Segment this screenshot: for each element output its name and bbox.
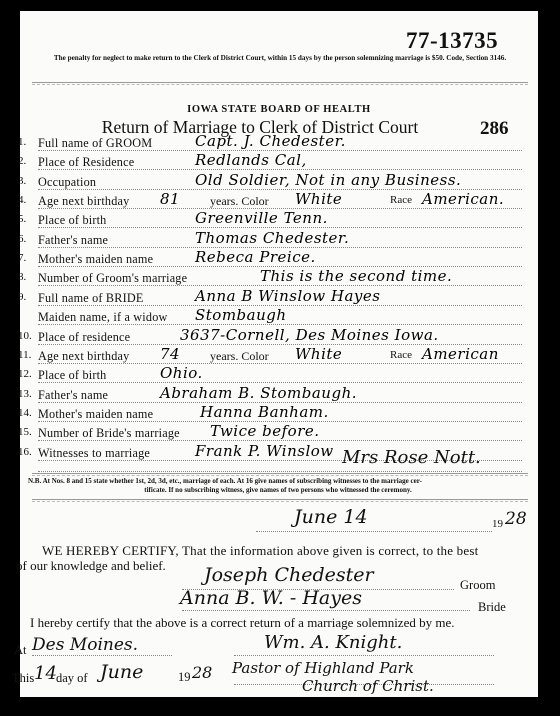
- witness-2-value: Mrs Rose Nott.: [342, 447, 481, 468]
- row-number: 2.: [18, 155, 26, 167]
- field-value: Anna B Winslow Hayes: [195, 287, 380, 305]
- form-row: 9.Full name of BRIDEAnna B Winslow Hayes: [20, 288, 538, 307]
- field-value: Ohio.: [160, 364, 203, 382]
- years-color-label: years. Color: [210, 194, 269, 209]
- field-value: Frank P. Winslow: [195, 442, 334, 460]
- bride-label: Bride: [478, 600, 506, 615]
- form-row: 6.Father's nameThomas Chedester.: [20, 230, 538, 249]
- officiant-signature: Wm. A. Knight.: [264, 632, 402, 653]
- note-line-1: At Nos. 8 and 15 state whether 1st, 2d, …: [43, 477, 422, 485]
- form-row: 15.Number of Bride's marriageTwice befor…: [20, 423, 538, 442]
- row-number: 11.: [18, 349, 31, 361]
- row-number: 3.: [18, 175, 26, 187]
- field-label: Place of residence: [38, 330, 130, 345]
- divider: [32, 473, 528, 476]
- penalty-notice: The penalty for neglect to make return t…: [32, 54, 528, 63]
- board-heading: IOWA STATE BOARD OF HEALTH: [20, 104, 538, 115]
- field-value: 3637-Cornell, Des Moines Iowa.: [180, 326, 439, 344]
- certify-date: June 14: [294, 506, 368, 528]
- date-line: [256, 531, 492, 532]
- field-label: Occupation: [38, 175, 96, 190]
- month-value: June: [100, 661, 143, 683]
- form-row: 1.Full name of GROOMCapt. J. Chedester.: [20, 133, 538, 152]
- form-row: 2.Place of ResidenceRedlands Cal,: [20, 152, 538, 171]
- field-label: Age next birthday: [38, 194, 129, 209]
- officiant-title-1: Pastor of Highland Park: [232, 659, 414, 677]
- row-number: 6.: [18, 233, 26, 245]
- field-value: Thomas Chedester.: [195, 229, 349, 247]
- row-number: 15.: [18, 426, 32, 438]
- bride-signature: Anna B. W. - Hayes: [180, 587, 362, 609]
- age-value: 81: [160, 190, 180, 208]
- row-number: 12.: [18, 368, 32, 380]
- field-label: Place of birth: [38, 213, 106, 228]
- field-label: Father's name: [38, 233, 108, 248]
- form-row: 5.Place of birthGreenville Tenn.: [20, 210, 538, 229]
- field-label: Place of Residence: [38, 155, 134, 170]
- race-value: American.: [422, 190, 504, 208]
- field-value: This is the second time.: [260, 267, 452, 285]
- divider: [32, 82, 528, 85]
- field-value: Stombaugh: [195, 306, 287, 324]
- field-value: Rebeca Preice.: [195, 248, 316, 266]
- form-row: 10.Place of residence3637-Cornell, Des M…: [20, 327, 538, 346]
- certify-statement-2: of our knowledge and belief.: [16, 558, 166, 574]
- field-value: Abraham B. Stombaugh.: [160, 384, 357, 402]
- officiant-statement: I hereby certify that the above is a cor…: [30, 615, 454, 631]
- instructions-note: N.B. At Nos. 8 and 15 state whether 1st,…: [28, 477, 528, 495]
- field-label: Father's name: [38, 388, 108, 403]
- color-value: White: [295, 345, 342, 363]
- field-label: Maiden name, if a widow: [38, 310, 168, 325]
- form-row: 4.Age next birthday81years. ColorWhiteRa…: [20, 191, 538, 210]
- age-value: 74: [160, 345, 180, 363]
- field-value: Old Soldier, Not in any Business.: [195, 171, 461, 189]
- form-row: 11.Age next birthday74years. ColorWhiteR…: [20, 346, 538, 365]
- row-number: 10.: [18, 330, 32, 342]
- row-number: 9.: [18, 291, 26, 303]
- officiant-title-2: Church of Christ.: [302, 677, 434, 695]
- groom-signature: Joseph Chedester: [204, 564, 374, 586]
- form-row: 13.Father's nameAbraham B. Stombaugh.: [20, 385, 538, 404]
- row-number: 14.: [18, 407, 32, 419]
- field-label: Full name of BRIDE: [38, 291, 144, 306]
- groom-label: Groom: [460, 578, 495, 593]
- year-handwritten: 28: [192, 663, 212, 682]
- note-prefix: N.B.: [28, 477, 41, 485]
- field-label: Age next birthday: [38, 349, 129, 364]
- day-of-label: day of: [56, 671, 88, 686]
- certify-statement: WE HEREBY CERTIFY, That the information …: [42, 543, 478, 559]
- form-row: 12.Place of birthOhio.: [20, 365, 538, 384]
- place-solemnized: Des Moines.: [32, 635, 138, 655]
- field-label: Witnesses to marriage: [38, 446, 150, 461]
- field-value: Redlands Cal,: [195, 151, 307, 169]
- row-number: 4.: [18, 194, 26, 206]
- field-label: Place of birth: [38, 368, 106, 383]
- years-color-label: years. Color: [210, 349, 269, 364]
- field-label: Number of Groom's marriage: [38, 271, 187, 286]
- field-value: Twice before.: [210, 422, 320, 440]
- form-row: 3.OccupationOld Soldier, Not in any Busi…: [20, 172, 538, 191]
- race-label: Race: [390, 194, 412, 206]
- day-value: 14: [34, 663, 57, 684]
- witness-2-line: [38, 471, 522, 472]
- note-line-2: tificate. If no subscribing witness, giv…: [28, 486, 528, 495]
- field-label: Full name of GROOM: [38, 136, 152, 151]
- form-row: 8.Number of Groom's marriageThis is the …: [20, 268, 538, 287]
- row-number: 16.: [18, 446, 32, 458]
- field-label: Number of Bride's marriage: [38, 426, 180, 441]
- field-value: Capt. J. Chedester.: [195, 132, 346, 150]
- bride-signature-line: [182, 610, 470, 611]
- place-line: [32, 655, 172, 656]
- field-value: Hanna Banham.: [200, 403, 329, 421]
- field-value: Greenville Tenn.: [195, 209, 328, 227]
- row-number: 7.: [18, 252, 26, 264]
- at-label: At: [14, 643, 27, 658]
- field-label: Mother's maiden name: [38, 252, 153, 267]
- certify-year-handwritten: 28: [505, 509, 527, 529]
- this-label: This: [12, 671, 34, 686]
- certify-year-printed: 19: [492, 518, 503, 530]
- row-number: 13.: [18, 388, 32, 400]
- form-row: 14.Mother's maiden nameHanna Banham.: [20, 404, 538, 423]
- marriage-return-form: 77-13735 The penalty for neglect to make…: [20, 11, 538, 697]
- row-number: 8.: [18, 271, 26, 283]
- race-label: Race: [390, 349, 412, 361]
- year-printed: 19: [178, 670, 191, 685]
- form-row: Maiden name, if a widowStombaugh: [20, 307, 538, 326]
- row-number: 5.: [18, 213, 26, 225]
- officiant-signature-line: [234, 655, 494, 656]
- row-number: 1.: [18, 136, 26, 148]
- field-label: Mother's maiden name: [38, 407, 153, 422]
- divider: [32, 499, 528, 502]
- color-value: White: [295, 190, 342, 208]
- race-value: American: [422, 345, 499, 363]
- document-number: 77-13735: [406, 28, 498, 54]
- form-row: 7.Mother's maiden nameRebeca Preice.: [20, 249, 538, 268]
